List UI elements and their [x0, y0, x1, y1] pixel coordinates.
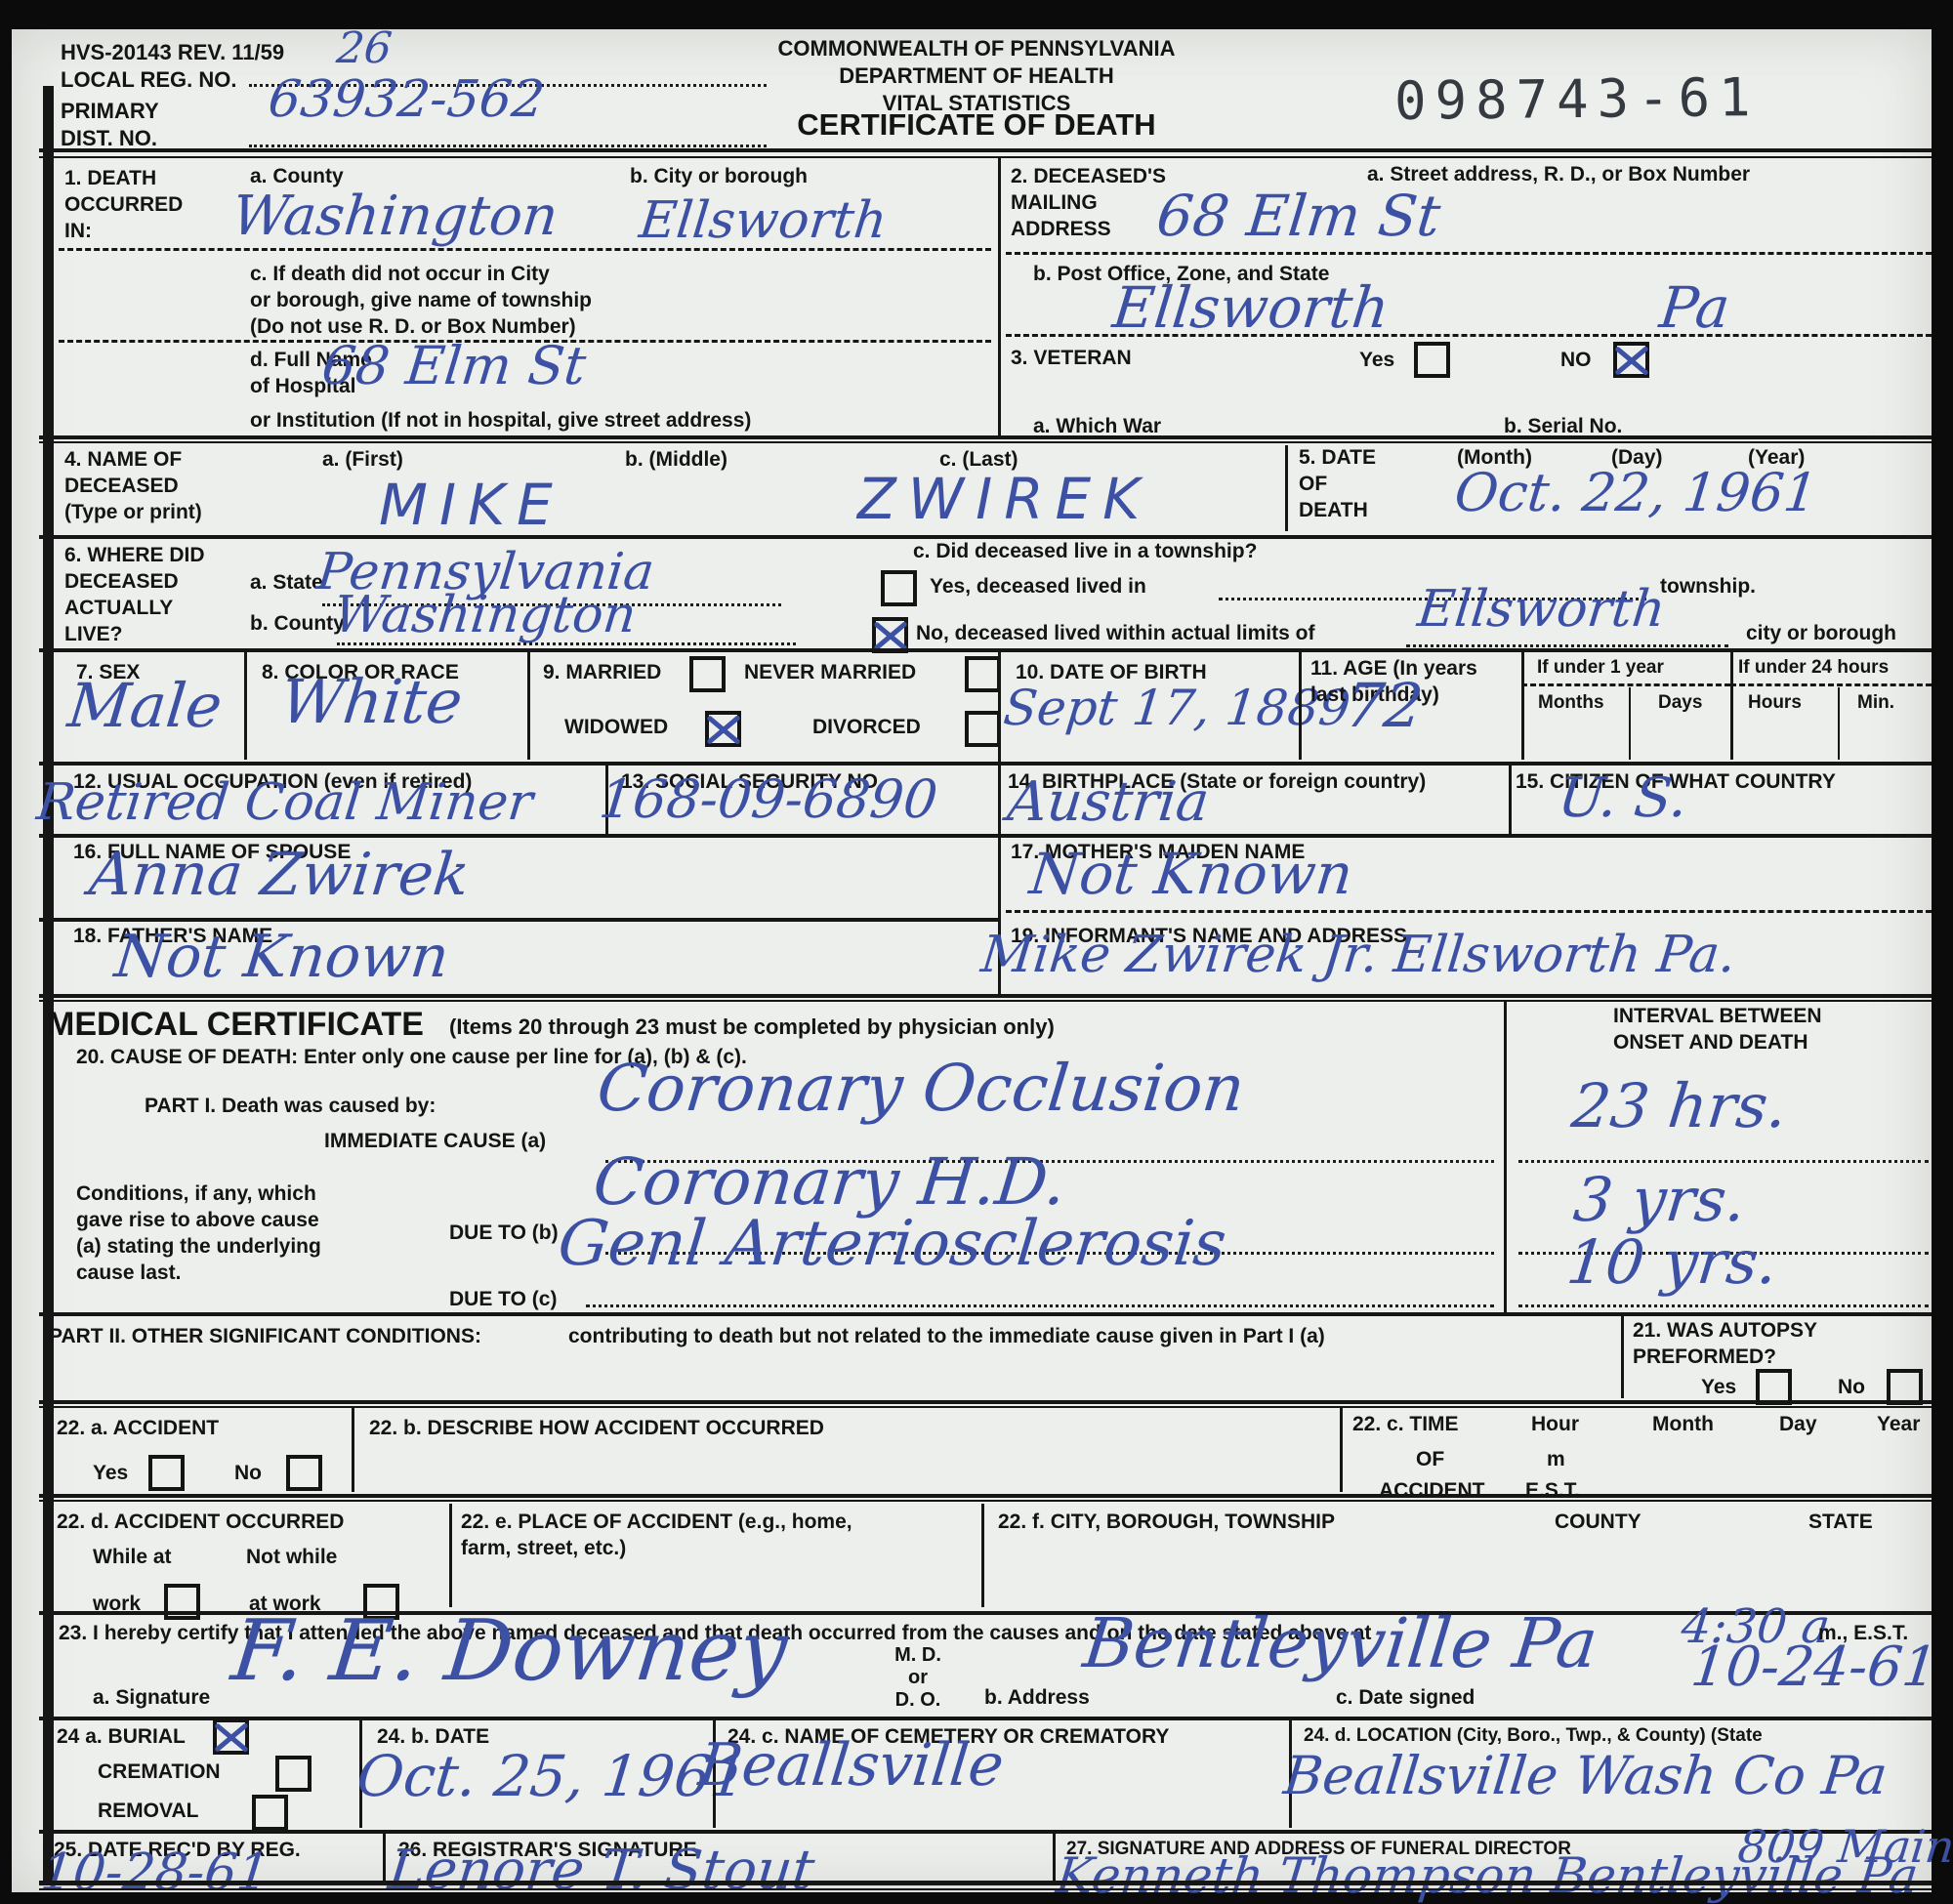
time-of-accident-label: 22. c. TIME — [1352, 1412, 1459, 1438]
borough-lived-value: Ellsworth — [1415, 584, 1667, 635]
county-value: Washington — [229, 189, 561, 244]
divorced-label: DIVORCED — [812, 715, 921, 741]
where-lived-label: 6. WHERE DID DECEASED ACTUALLY LIVE? — [64, 543, 205, 648]
place-of-accident-label: 22. e. PLACE OF ACCIDENT (e.g., home, fa… — [461, 1510, 852, 1562]
divider — [1340, 1408, 1343, 1492]
divider — [383, 1832, 386, 1884]
divider — [39, 918, 998, 922]
interval-a-value: 23 hrs. — [1569, 1076, 1790, 1137]
township-no-line — [1406, 644, 1728, 647]
hours-label: Hours — [1748, 691, 1802, 715]
divider — [39, 156, 1932, 158]
death-occurred-label: 1. DEATH OCCURRED IN: — [64, 166, 183, 245]
min-label: Min. — [1857, 691, 1894, 715]
physician-address: Bentleyville Pa — [1080, 1609, 1600, 1677]
date-signed-value: 10-24-61 — [1688, 1640, 1940, 1695]
township-question-label: c. Did deceased live in a township? — [913, 539, 1257, 565]
veteran-yes-checkbox — [1414, 342, 1450, 378]
divider — [39, 1500, 1932, 1502]
interval-c-value: 10 yrs. — [1564, 1232, 1780, 1293]
year-col-label: Year — [1877, 1412, 1920, 1438]
part2-label: PART II. OTHER SIGNIFICANT CONDITIONS: — [49, 1324, 481, 1350]
cremation-checkbox — [275, 1756, 312, 1792]
divider — [1621, 1314, 1624, 1398]
location-value: Beallsville Wash Co Pa — [1281, 1750, 1890, 1802]
veteran-no-checkbox — [1613, 342, 1649, 378]
interval-label: INTERVAL BETWEEN ONSET AND DEATH — [1613, 1004, 1822, 1056]
divider — [39, 1312, 1932, 1316]
accident-county-label: COUNTY — [1555, 1510, 1641, 1536]
veteran-label: 3. VETERAN — [1011, 346, 1132, 372]
middle-name-label: b. (Middle) — [625, 447, 727, 474]
county-lived-value: Washington — [331, 590, 639, 641]
due-to-c-label: DUE TO (c) — [449, 1287, 557, 1313]
mailing-address-label: 2. DECEASED'S MAILING ADDRESS — [1011, 164, 1166, 243]
divider — [1006, 334, 1932, 337]
accident-yes-label: Yes — [93, 1461, 128, 1487]
divider — [449, 1504, 452, 1607]
day-col-label: Day — [1779, 1412, 1817, 1438]
divider — [1504, 1002, 1507, 1312]
name-of-deceased-label: 4. NAME OF DECEASED (Type or print) — [64, 447, 202, 526]
divider — [1629, 687, 1631, 760]
divider — [39, 441, 1932, 443]
divider — [1730, 683, 1932, 686]
certificate-serial-stamp: 098743-61 — [1394, 66, 1760, 132]
due-to-b-label: DUE TO (b) — [449, 1221, 559, 1247]
state-value: Pa — [1657, 279, 1732, 336]
burial-checkbox — [213, 1718, 249, 1755]
divider — [39, 1406, 1932, 1408]
divider — [1730, 652, 1733, 760]
divider — [352, 1408, 354, 1492]
immediate-cause-value: Coronary Occlusion — [595, 1056, 1248, 1121]
interval-c-line — [1518, 1304, 1929, 1307]
township-no-suffix: city or borough — [1746, 621, 1896, 647]
divider — [39, 1717, 1932, 1720]
not-while-label: Not while — [246, 1545, 337, 1571]
cremation-label: CREMATION — [98, 1759, 221, 1786]
form-code: HVS-20143 REV. 11/59 — [61, 39, 284, 66]
medical-certificate-title: MEDICAL CERTIFICATE — [47, 1004, 424, 1047]
medical-certificate-note: (Items 20 through 23 must be completed b… — [449, 1014, 1055, 1041]
last-name-value: ZWIREK — [857, 471, 1151, 527]
due-to-b-value: Coronary H.D. — [591, 1150, 1069, 1215]
township-no-label: No, deceased lived within actual limits … — [916, 621, 1314, 647]
conditions-note: Conditions, if any, which gave rise to a… — [76, 1181, 321, 1287]
accident-label: 22. a. ACCIDENT — [57, 1416, 219, 1442]
divider — [39, 1000, 1932, 1002]
date-signed-label: c. Date signed — [1336, 1685, 1475, 1712]
cemetery-value: Beallsville — [696, 1736, 1007, 1795]
burial-date-value: Oct. 25, 1961 — [354, 1748, 750, 1804]
divider — [527, 652, 530, 760]
age-value: 72 — [1343, 676, 1426, 736]
married-label: 9. MARRIED — [543, 660, 661, 686]
divider — [39, 648, 1932, 652]
street-address-value: 68 Elm St — [1154, 187, 1443, 244]
divider — [39, 762, 1932, 766]
sex-value: Male — [65, 676, 225, 736]
autopsy-no-label: No — [1838, 1375, 1865, 1401]
divider — [39, 1830, 1932, 1834]
address-label: b. Address — [984, 1685, 1090, 1712]
part2-note: contributing to death but not related to… — [568, 1324, 1325, 1350]
funeral-director-signature: Kenneth Thompson Bentleyville Pa — [1054, 1851, 1920, 1900]
divider — [39, 1888, 1932, 1890]
divider — [59, 248, 991, 251]
never-married-label: NEVER MARRIED — [744, 660, 916, 686]
date-of-death-value: Oct. 22, 1961 — [1452, 467, 1820, 519]
mothers-maiden-value: Not Known — [1027, 846, 1355, 902]
days-label: Days — [1658, 691, 1702, 715]
death-certificate-scan: HVS-20143 REV. 11/59 LOCAL REG. NO. 26 P… — [0, 0, 1953, 1904]
while-at-label: While at — [93, 1545, 172, 1571]
divider — [1053, 1832, 1056, 1884]
divider — [39, 1881, 1932, 1885]
hour-label: Hour — [1531, 1412, 1579, 1438]
local-reg-value: 26 — [335, 27, 395, 70]
first-name-label: a. (First) — [322, 447, 403, 474]
divider — [1521, 652, 1524, 760]
accident-no-label: No — [234, 1461, 262, 1487]
widowed-checkbox — [705, 711, 741, 747]
ssn-value: 168-09-6890 — [597, 773, 939, 826]
removal-label: REMOVAL — [98, 1799, 198, 1825]
autopsy-yes-label: Yes — [1701, 1375, 1736, 1401]
under-1-year-label: If under 1 year — [1537, 656, 1664, 680]
state-label: a. State — [250, 570, 323, 597]
accident-no-checkbox — [286, 1455, 322, 1491]
divider — [1006, 252, 1932, 255]
burial-label: 24 a. BURIAL — [57, 1724, 186, 1751]
county-lived-label: b. County — [250, 611, 345, 638]
part1-label: PART I. Death was caused by: — [145, 1094, 436, 1120]
divider — [244, 652, 247, 760]
divider — [1838, 687, 1840, 760]
veteran-no-label: NO — [1560, 348, 1592, 374]
divider — [39, 148, 1932, 152]
time-of-label: OF — [1416, 1447, 1444, 1473]
accident-city-label: 22. f. CITY, BOROUGH, TOWNSHIP — [998, 1510, 1335, 1536]
under-24-hours-label: If under 24 hours — [1738, 656, 1889, 680]
first-name-value: MIKE — [379, 476, 564, 533]
hospital-note-label: or Institution (If not in hospital, give… — [250, 408, 751, 435]
citizen-value: U. S. — [1556, 771, 1690, 826]
divider — [1006, 910, 1932, 913]
interval-b-value: 3 yrs. — [1571, 1170, 1749, 1230]
accident-yes-checkbox — [148, 1455, 185, 1491]
primary-dist-line — [249, 145, 767, 147]
divider — [39, 834, 1932, 838]
township-yes-checkbox — [881, 570, 917, 606]
local-reg-label: LOCAL REG. NO. — [61, 66, 237, 94]
date-of-death-label: 5. DATE OF DEATH — [1299, 445, 1376, 524]
autopsy-label: 21. WAS AUTOPSY PREFORMED? — [1633, 1318, 1817, 1371]
interval-a-line — [1518, 1160, 1929, 1163]
divider — [998, 158, 1001, 435]
never-married-checkbox — [965, 656, 1001, 692]
date-recd-value: 10-28-61 — [38, 1847, 271, 1898]
cause-c-line — [586, 1304, 1494, 1307]
divider — [1299, 652, 1302, 760]
township-yes-label: Yes, deceased lived in — [930, 574, 1146, 600]
immediate-cause-label: IMMEDIATE CAUSE (a) — [324, 1129, 546, 1155]
birthplace-value: Austria — [1005, 775, 1212, 830]
post-office-value: Ellsworth — [1110, 279, 1392, 336]
married-checkbox — [689, 656, 726, 692]
divider — [39, 994, 1932, 998]
race-value: White — [278, 672, 466, 732]
months-label: Months — [1538, 691, 1604, 715]
divider — [1509, 764, 1512, 834]
md-do-label: M. D. or D. O. — [874, 1644, 962, 1712]
widowed-label: WIDOWED — [564, 715, 668, 741]
divider — [981, 1504, 984, 1607]
page-title: CERTIFICATE OF DEATH — [752, 105, 1201, 145]
city-borough-label: b. City or borough — [630, 164, 808, 190]
due-to-c-value: Genl Arteriosclerosis — [556, 1213, 1229, 1275]
hospital-name-value: 68 Elm St — [319, 340, 588, 393]
accident-occurred-label: 22. d. ACCIDENT OCCURRED — [57, 1510, 344, 1536]
fathers-name-value: Not Known — [112, 928, 452, 986]
primary-dist-label: PRIMARY DIST. NO. — [61, 98, 159, 152]
spouse-value: Anna Zwirek — [87, 846, 473, 904]
time-m-label: m — [1547, 1447, 1565, 1473]
physician-signature: F. E. Downey — [228, 1609, 791, 1693]
divider — [39, 1494, 1932, 1498]
county-line — [337, 642, 796, 645]
occupation-value: Retired Coal Miner — [34, 777, 535, 828]
removal-checkbox — [252, 1795, 288, 1831]
city-borough-value: Ellsworth — [637, 195, 889, 246]
informant-value: Mike Zwirek Jr. Ellsworth Pa. — [978, 930, 1738, 980]
divider — [39, 435, 1932, 439]
signature-label: a. Signature — [93, 1685, 210, 1712]
township-note-label: c. If death did not occur in City or bor… — [250, 262, 592, 341]
divider — [39, 1400, 1932, 1404]
divider — [1285, 445, 1288, 531]
divider — [1521, 683, 1730, 686]
primary-dist-value: 63932-562 — [266, 74, 547, 125]
month-col-label: Month — [1652, 1412, 1714, 1438]
township-yes-suffix: township. — [1660, 574, 1756, 600]
veteran-yes-label: Yes — [1359, 348, 1394, 374]
divorced-checkbox — [965, 711, 1001, 747]
describe-accident-label: 22. b. DESCRIBE HOW ACCIDENT OCCURRED — [369, 1416, 824, 1442]
accident-state-label: STATE — [1808, 1510, 1873, 1536]
